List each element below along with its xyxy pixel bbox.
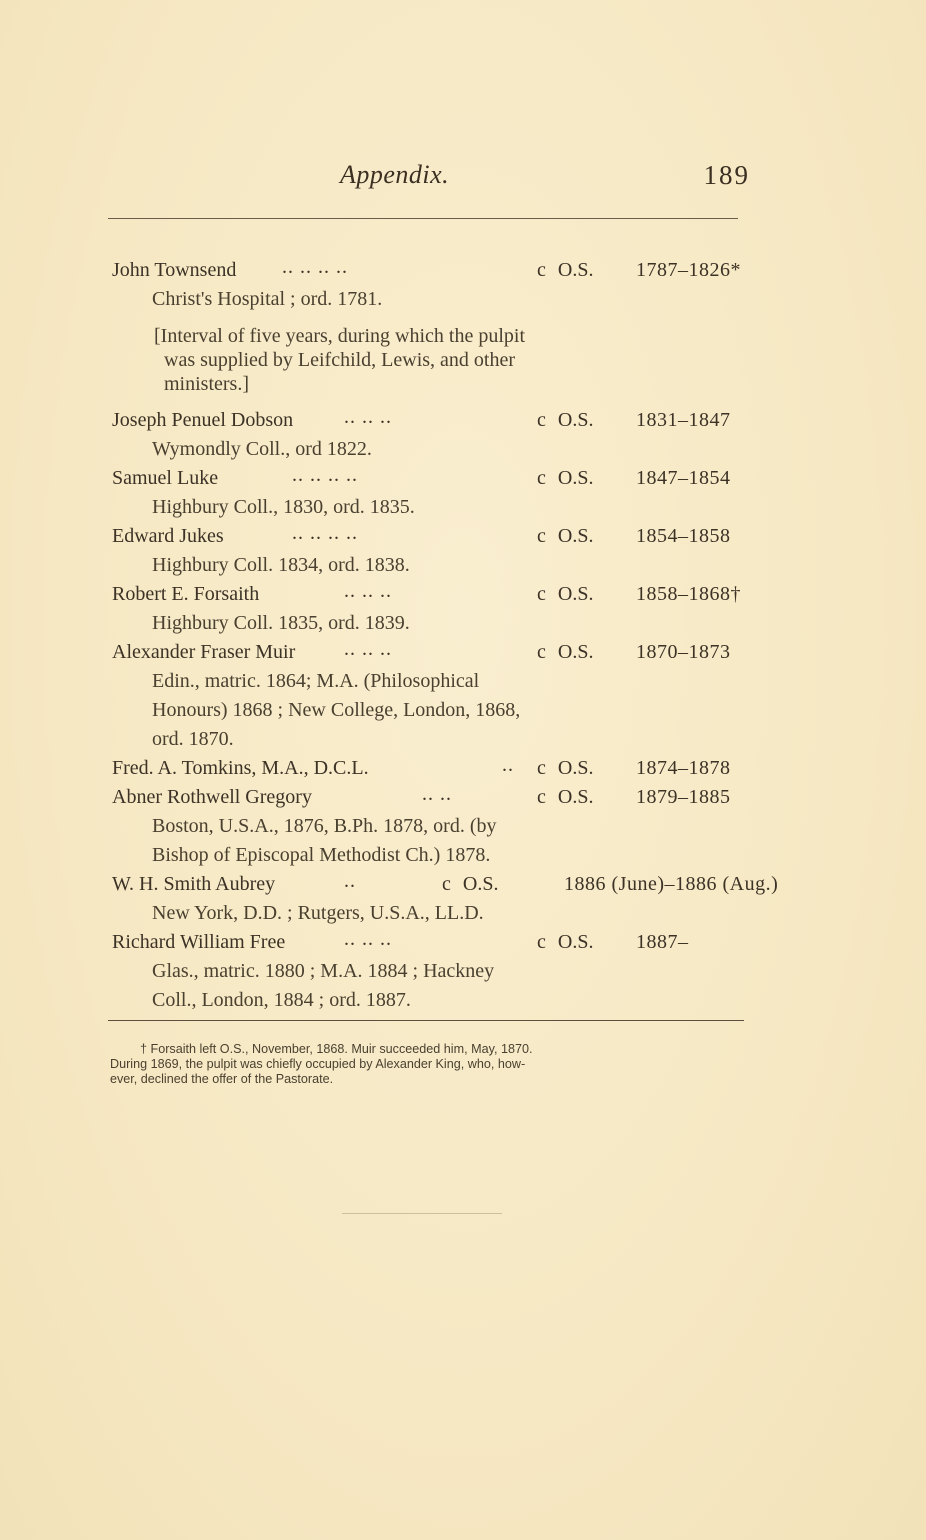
entry-detail: Honours) 1868 ; New College, London, 186… [112,696,752,725]
minister-name: Samuel Luke [112,464,218,493]
tenure-years: 1870–1873 [636,638,731,667]
leader-dots: .. .. .. .. [282,253,348,282]
entry-detail: Highbury Coll. 1834, ord. 1838. [112,551,752,580]
tenure-years: 1886 (June)–1886 (Aug.) [564,870,778,899]
entry-detail: Bishop of Episcopal Methodist Ch.) 1878. [112,841,752,870]
entry-line: Richard William Free .. .. .. cO.S. 1887… [112,928,752,957]
footnote-line: † Forsaith left O.S., November, 1868. Mu… [110,1042,742,1057]
tenure-years: 1831–1847 [636,406,731,435]
minister-name: Alexander Fraser Muir [112,638,295,667]
book-page: Appendix. 189 John Townsend .. .. .. .. … [0,0,926,1540]
minister-name: John Townsend [112,256,236,285]
tenure-years: 1854–1858 [636,522,731,551]
minister-name: W. H. Smith Aubrey [112,870,275,899]
leader-dots: .. .. .. [344,577,392,606]
entry-detail: Wymondly Coll., ord 1822. [112,435,752,464]
entry-detail: Highbury Coll., 1830, ord. 1835. [112,493,752,522]
minister-name: Edward Jukes [112,522,224,551]
interval-note: was supplied by Leifchild, Lewis, and ot… [112,348,752,372]
tenure-years: 1887– [636,928,689,957]
tenure-years: 1858–1868† [636,580,741,609]
entry-line: Alexander Fraser Muir .. .. .. cO.S. 187… [112,638,752,667]
leader-dots: .. .. .. .. [292,461,358,490]
minister-name: Robert E. Forsaith [112,580,259,609]
entry-line: Edward Jukes .. .. .. .. cO.S. 1854–1858 [112,522,752,551]
bottom-rule [342,1213,502,1214]
footnote-line: ever, declined the offer of the Pastorat… [110,1072,742,1087]
entry-detail: Coll., London, 1884 ; ord. 1887. [112,986,752,1015]
entry-line: Samuel Luke .. .. .. .. cO.S. 1847–1854 [112,464,752,493]
minister-name: Richard William Free [112,928,285,957]
entry-line: Fred. A. Tomkins, M.A., D.C.L. .. cO.S. … [112,754,752,783]
church-code: cO.S. [537,522,593,551]
interval-note: [Interval of five years, during which th… [112,324,752,348]
leader-dots: .. [344,867,356,896]
church-code: cO.S. [442,870,498,899]
tenure-years: 1879–1885 [636,783,731,812]
ministers-list: John Townsend .. .. .. .. cO.S. 1787–182… [112,256,752,1015]
minister-name: Joseph Penuel Dobson [112,406,293,435]
tenure-years: 1874–1878 [636,754,731,783]
entry-line: Joseph Penuel Dobson .. .. .. cO.S. 1831… [112,406,752,435]
leader-dots: .. .. .. [344,635,392,664]
church-code: cO.S. [537,638,593,667]
entry-line: Abner Rothwell Gregory .. .. cO.S. 1879–… [112,783,752,812]
entry-detail: Glas., matric. 1880 ; M.A. 1884 ; Hackne… [112,957,752,986]
church-code: cO.S. [537,406,593,435]
minister-name: Fred. A. Tomkins, M.A., D.C.L. [112,754,369,783]
leader-dots: .. .. .. [344,925,392,954]
footnote-rule [108,1020,744,1021]
footnote: † Forsaith left O.S., November, 1868. Mu… [110,1042,742,1087]
tenure-years: 1847–1854 [636,464,731,493]
church-code: cO.S. [537,754,593,783]
church-code: cO.S. [537,464,593,493]
leader-dots: .. .. .. [344,403,392,432]
leader-dots: .. .. [422,780,452,809]
entry-line: Robert E. Forsaith .. .. .. cO.S. 1858–1… [112,580,752,609]
entry-detail: New York, D.D. ; Rutgers, U.S.A., LL.D. [112,899,752,928]
page-number: 189 [704,160,751,191]
header-rule [108,218,738,219]
leader-dots: .. [502,751,514,780]
church-code: cO.S. [537,783,593,812]
tenure-years: 1787–1826* [636,256,741,285]
footnote-line: During 1869, the pulpit was chiefly occu… [110,1057,742,1072]
church-code: cO.S. [537,580,593,609]
entry-detail: Boston, U.S.A., 1876, B.Ph. 1878, ord. (… [112,812,752,841]
entry-detail: Christ's Hospital ; ord. 1781. [112,285,752,314]
running-head: Appendix. 189 [108,160,748,200]
entry-line: W. H. Smith Aubrey .. cO.S. 1886 (June)–… [112,870,752,899]
entry-line: John Townsend .. .. .. .. cO.S. 1787–182… [112,256,752,285]
entry-detail: Highbury Coll. 1835, ord. 1839. [112,609,752,638]
interval-note: ministers.] [112,372,752,396]
church-code: cO.S. [537,256,593,285]
entry-detail: ord. 1870. [112,725,752,754]
minister-name: Abner Rothwell Gregory [112,783,312,812]
entry-detail: Edin., matric. 1864; M.A. (Philosophical [112,667,752,696]
church-code: cO.S. [537,928,593,957]
leader-dots: .. .. .. .. [292,519,358,548]
running-title: Appendix. [340,160,449,190]
